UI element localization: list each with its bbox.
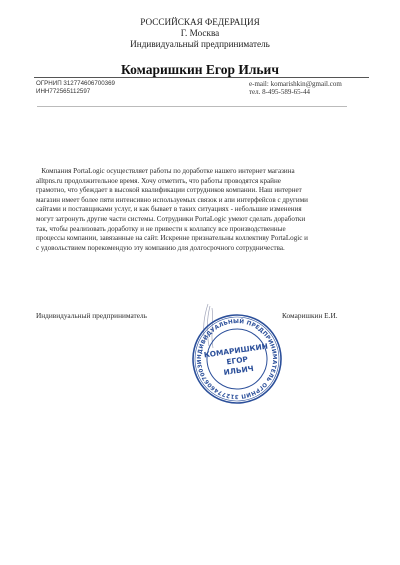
inn-number: ИНН772565112597 — [36, 88, 90, 96]
letter-line: сайтами и поставщиками услуг, и как быва… — [36, 205, 354, 215]
letter-body: Компания PortaLogic осуществляет работы … — [36, 167, 354, 253]
header-country: РОССИЙСКАЯ ФЕДЕРАЦИЯ — [0, 17, 400, 28]
letter-page: РОССИЙСКАЯ ФЕДЕРАЦИЯ Г. Москва Индивидуа… — [0, 0, 400, 565]
letterhead-name: Комаришкин Егор Ильич — [0, 62, 400, 77]
signature-signer: Комаришкин Е.И. — [282, 311, 338, 320]
contact-phone: тел. 8-495-589-65-44 — [249, 88, 310, 96]
separator-rule — [37, 106, 347, 107]
letter-line: alltpns.ru продолжительное время. Хочу о… — [36, 177, 354, 187]
letter-line: магазин имеет более пяти интенсивно испо… — [36, 196, 354, 206]
signature-position: Индивидуальный предприниматель — [36, 311, 147, 320]
letterhead-rule — [34, 77, 369, 78]
letter-line: могут затронуть другие части системы. Со… — [36, 215, 354, 225]
contact-email: e-mail: komarishkin@gmail.com — [249, 80, 342, 88]
header-status: Индивидуальный предприниматель — [0, 39, 400, 50]
ogrnip-number: ОГРНИП 312774606700369 — [36, 80, 115, 88]
letter-line: с удовольствием порекомендую эту компани… — [36, 244, 354, 254]
letter-line: Компания PortaLogic осуществляет работы … — [36, 167, 354, 177]
official-stamp-icon: ИНДИВИДУАЛЬНЫЙ ПРЕДПРИНИМАТЕЛЬ ОГРНИП 31… — [190, 312, 284, 406]
letter-line: грамотно, что убеждает в высокой квалифи… — [36, 186, 354, 196]
letter-line: так, чтобы реализовать доработку и не пр… — [36, 225, 354, 235]
header-city: Г. Москва — [0, 28, 400, 39]
letter-line: процессы компании, завязанные на сайт. И… — [36, 234, 354, 244]
